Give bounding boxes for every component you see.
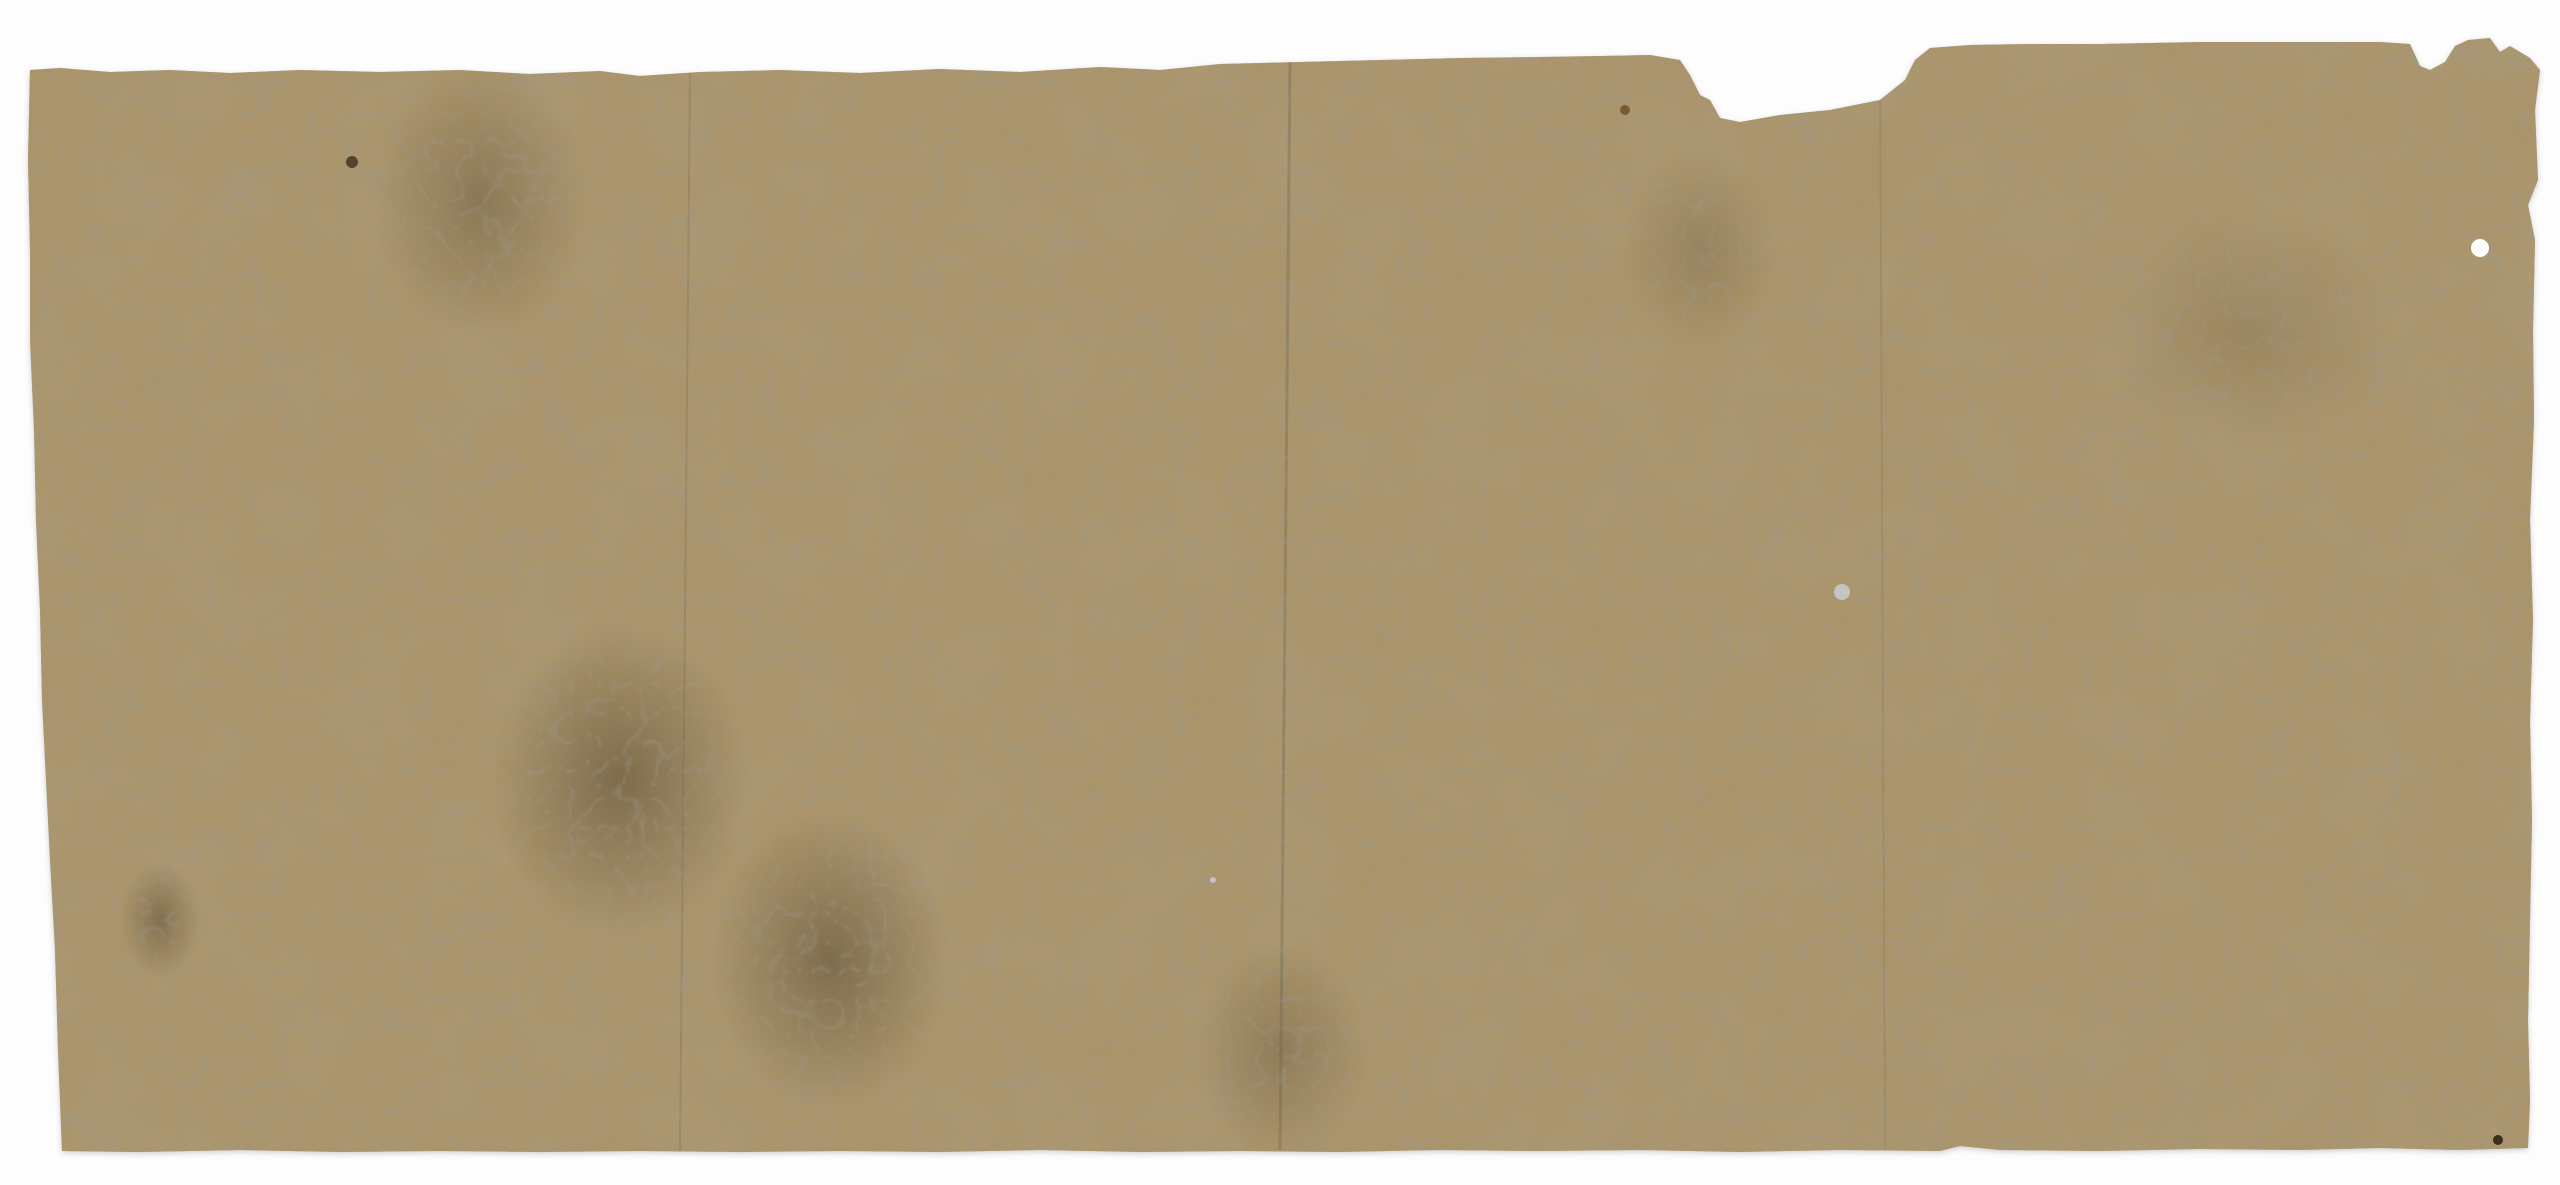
scan-background: Reverse side of an aged, blank paper not… — [0, 0, 2560, 1185]
paper-artifact — [0, 0, 2560, 1185]
paper-blemish — [1834, 584, 1850, 600]
paper-hole — [2471, 239, 2489, 257]
paper-surface — [0, 0, 2560, 1185]
